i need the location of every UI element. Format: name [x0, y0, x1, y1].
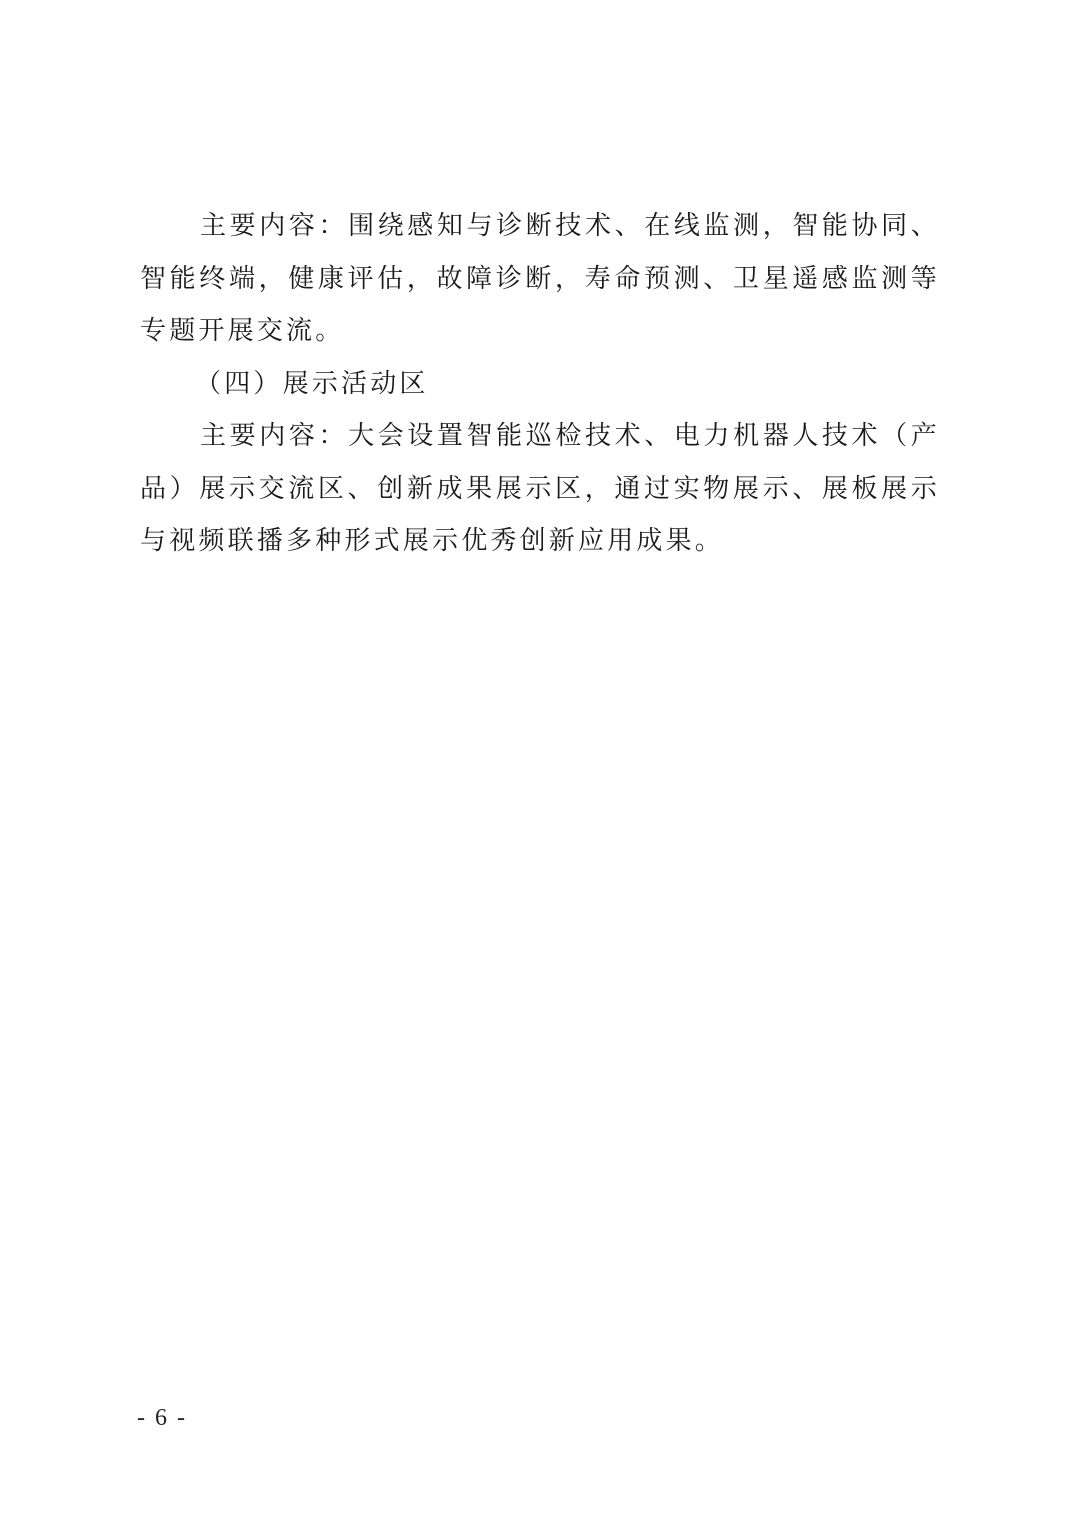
page-number: - 6 - [137, 1405, 187, 1432]
paragraph-main-content-exhibition: 主要内容：大会设置智能巡检技术、电力机器人技术（产品）展示交流区、创新成果展示区… [140, 410, 940, 568]
document-body: 主要内容：围绕感知与诊断技术、在线监测，智能协同、智能终端，健康评估，故障诊断，… [140, 200, 940, 568]
section-heading-exhibition-area: （四）展示活动区 [140, 358, 940, 411]
paragraph-main-content-monitoring: 主要内容：围绕感知与诊断技术、在线监测，智能协同、智能终端，健康评估，故障诊断，… [140, 200, 940, 358]
document-page: 主要内容：围绕感知与诊断技术、在线监测，智能协同、智能终端，健康评估，故障诊断，… [0, 0, 1080, 1527]
